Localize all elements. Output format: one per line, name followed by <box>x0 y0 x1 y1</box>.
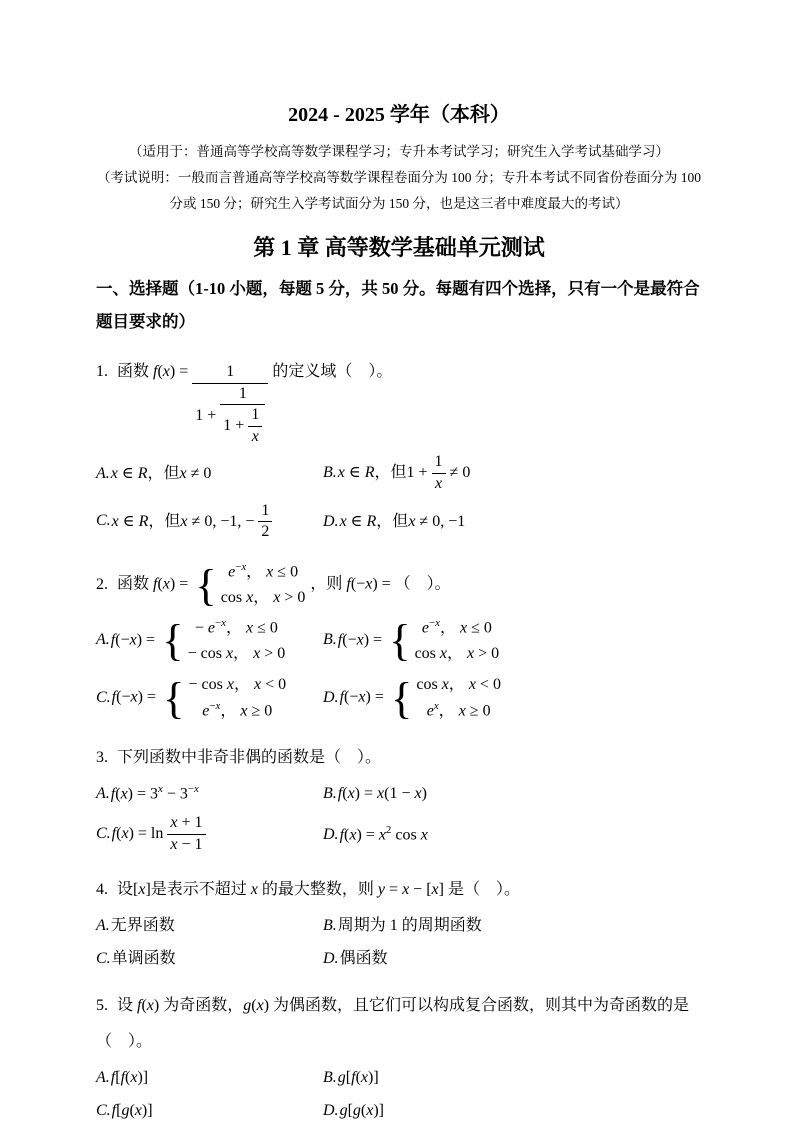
piecewise-cases: {e−x， x ≤ 0cos x， x > 0 <box>195 559 307 611</box>
text-run: ≠ 0, −1, − <box>188 512 259 529</box>
text-run: + 1 <box>177 814 202 831</box>
text-run: 1 <box>435 453 443 470</box>
option-label: B. <box>323 1069 337 1086</box>
math-variable: x <box>121 825 128 842</box>
text-run: ≠ 0 <box>187 465 212 482</box>
option-label: A. <box>96 917 110 934</box>
question-stem: 3.下列函数中非奇非偶的函数是（ ）。 <box>96 740 702 776</box>
option-label: C. <box>96 689 111 706</box>
math-variable: g <box>338 1069 346 1086</box>
fraction: x + 1x − 1 <box>167 813 205 856</box>
text-run: > 0 <box>280 589 305 606</box>
text-run: ) = <box>364 631 386 648</box>
applicability-note: （适用于：普通高等学校高等数学课程学习；专升本考试学习；研究生入学考试基础学习） <box>96 139 702 165</box>
text-run: ∈ <box>345 464 365 481</box>
fraction-numerator: 1 <box>192 362 268 383</box>
fraction-numerator: 1 <box>432 452 446 473</box>
option-label: C. <box>96 950 111 967</box>
text-run: (− <box>344 689 358 706</box>
fraction: 11 + 11 + 1x <box>192 362 268 448</box>
superscript: −x <box>188 783 199 795</box>
text-run: ， <box>449 676 469 693</box>
option-label: B. <box>323 631 337 648</box>
math-variable: x <box>121 785 128 802</box>
section-heading: 一、选择题（1-10 小题，每题 5 分，共 50 分。每题有四个选择，只有一个… <box>96 272 702 338</box>
option-label: D. <box>323 950 339 967</box>
math-variable: x <box>130 689 137 706</box>
text-run: cos <box>415 645 440 662</box>
math-variable: x <box>421 826 428 843</box>
text-run: ，但 <box>376 513 408 530</box>
options-grid: A.x ∈ R，但x ≠ 0B.x ∈ R，但1 + 1x ≠ 0C.x ∈ R… <box>96 452 702 543</box>
question: 2.函数 f(x) = {e−x， x ≤ 0cos x， x > 0，则 f(… <box>96 559 702 724</box>
cases-row: e−x， x ≤ 0 <box>413 615 502 641</box>
piecewise-cases: {cos x， x < 0ex， x ≥ 0 <box>391 672 503 724</box>
math-variable: y <box>378 881 385 898</box>
piecewise-cases: {− cos x， x < 0e−x， x ≥ 0 <box>163 672 288 724</box>
cases-rows: cos x， x < 0ex， x ≥ 0 <box>414 672 503 724</box>
fraction-denominator: x − 1 <box>167 834 205 856</box>
math-variable: R <box>365 464 375 481</box>
options-grid: A.无界函数B.周期为 1 的周期函数C.单调函数D.偶函数 <box>96 912 702 972</box>
math-variable: x <box>435 475 442 492</box>
options-grid: A.f[f(x)]B.g[f(x)]C.f[g(x)]D.g[g(x)] <box>96 1064 702 1124</box>
math-variable: x <box>251 881 258 898</box>
option: A.f(x) = 3x − 3−x <box>96 780 323 808</box>
text-run: ≤ 0 <box>467 619 492 636</box>
text-run: > 0 <box>474 645 499 662</box>
math-variable: x <box>163 363 170 380</box>
math-variable: x <box>112 512 119 529</box>
left-brace-glyph: { <box>195 566 217 604</box>
option: C.f[g(x)] <box>96 1097 323 1124</box>
superscript: −x <box>235 561 246 573</box>
cases-row: e−x， x ≤ 0 <box>219 559 308 585</box>
text-run: ∈ <box>347 513 367 530</box>
text-run: (− <box>116 689 130 706</box>
text-run: ≤ 0 <box>253 619 278 636</box>
cases-row: cos x， x > 0 <box>219 585 308 611</box>
text-run: )] <box>373 1102 384 1119</box>
math-variable: x <box>415 785 422 802</box>
cases-rows: e−x， x ≤ 0cos x， x > 0 <box>413 615 502 667</box>
math-variable: x <box>130 631 137 648</box>
fraction-denominator: 1 + 11 + 1x <box>192 383 268 448</box>
option: D.g[g(x)] <box>323 1097 384 1124</box>
option: A.无界函数 <box>96 912 323 939</box>
text-run: − [ <box>409 881 431 898</box>
left-brace-glyph: { <box>389 621 411 659</box>
text-run: − 3 <box>163 785 188 802</box>
fraction-denominator: x <box>248 426 262 448</box>
cases-row: e−x， x ≥ 0 <box>186 698 288 724</box>
superscript: −x <box>429 617 440 629</box>
text-run: 偶函数 <box>340 950 388 967</box>
text-run: > 0 <box>260 645 285 662</box>
text-run: ) = <box>170 576 192 593</box>
option-label: A. <box>96 465 110 482</box>
text-run: ) = <box>365 689 387 706</box>
question-stem: 1.函数 f(x) = 11 + 11 + 1x 的定义域（ ）。 <box>96 354 702 448</box>
question: 1.函数 f(x) = 11 + 11 + 1x 的定义域（ ）。A.x ∈ R… <box>96 354 702 543</box>
math-variable: R <box>138 465 148 482</box>
option: C.x ∈ R，但x ≠ 0, −1, − 12 <box>96 501 323 544</box>
math-variable: x <box>361 1069 368 1086</box>
math-variable: x <box>460 619 467 636</box>
option-label: C. <box>96 825 111 842</box>
option: A.x ∈ R，但x ≠ 0 <box>96 460 323 487</box>
text-run: ， <box>447 645 467 662</box>
math-variable: x <box>257 997 264 1014</box>
text-run: )] <box>142 1102 153 1119</box>
superscript: −x <box>209 700 220 712</box>
text-run: 单调函数 <box>112 950 176 967</box>
math-variable: R <box>139 512 149 529</box>
text-run: − cos <box>188 645 226 662</box>
options-grid: A.f(x) = 3x − 3−xB.f(x) = x(1 − x)C.f(x)… <box>96 780 702 856</box>
text-run: ≠ 0 <box>446 464 471 481</box>
text-run: (− <box>351 576 365 593</box>
text-run: 设[ <box>117 881 138 898</box>
text-run: 周期为 1 的周期函数 <box>338 917 482 934</box>
question-list: 1.函数 f(x) = 11 + 11 + 1x 的定义域（ ）。A.x ∈ R… <box>96 354 702 1125</box>
math-variable: x <box>432 881 439 898</box>
text-run: ∈ <box>118 465 138 482</box>
text-run: < 0 <box>476 676 501 693</box>
math-variable: e <box>208 619 215 636</box>
question-stem: 2.函数 f(x) = {e−x， x ≤ 0cos x， x > 0，则 f(… <box>96 559 702 611</box>
option: C.单调函数 <box>96 945 323 972</box>
cases-row: − cos x， x > 0 <box>186 641 288 667</box>
text-run: ， <box>233 645 253 662</box>
fraction-numerator: x + 1 <box>167 813 205 834</box>
text-run: 下列函数中非奇非偶的函数是（ ）。 <box>117 749 381 766</box>
fraction: 1x <box>248 405 262 448</box>
cases-row: ex， x ≥ 0 <box>414 698 503 724</box>
text-run: ) = <box>355 785 377 802</box>
question-stem: 5.设 f(x) 为奇函数，g(x) 为偶函数，且它们可以构成复合函数，则其中为… <box>96 988 702 1060</box>
text-run: ， <box>253 589 273 606</box>
option-label: D. <box>323 689 339 706</box>
text-run: 函数 <box>117 576 153 593</box>
math-variable: x <box>180 465 187 482</box>
math-variable: x <box>194 783 199 795</box>
option-label: C. <box>96 512 111 529</box>
fraction-denominator: 1 + 1x <box>220 404 265 448</box>
math-variable: x <box>459 702 466 719</box>
math-variable: x <box>135 1102 142 1119</box>
math-variable: x <box>163 576 170 593</box>
text-run: ] 是（ ）。 <box>439 881 520 898</box>
math-variable: x <box>227 676 234 693</box>
math-variable: R <box>367 513 377 530</box>
text-run: ) <box>422 785 427 802</box>
chapter-title: 第 1 章 高等数学基础单元测试 <box>96 231 702 262</box>
fraction: 12 <box>258 501 272 544</box>
question: 3.下列函数中非奇非偶的函数是（ ）。A.f(x) = 3x − 3−xB.f(… <box>96 740 702 856</box>
text-run: 1 <box>239 385 247 402</box>
fraction-denominator: x <box>432 473 446 495</box>
math-variable: x <box>147 997 154 1014</box>
math-variable: e <box>427 702 434 719</box>
math-variable: x <box>357 631 364 648</box>
document-page: 2024 - 2025 学年（本科） （适用于：普通高等学校高等数学课程学习；专… <box>0 0 800 1125</box>
question-number: 3. <box>96 749 108 766</box>
option: B.x ∈ R，但1 + 1x ≠ 0 <box>323 452 470 495</box>
text-run: − 1 <box>177 836 202 853</box>
option: D.偶函数 <box>323 945 482 972</box>
text-run: (− <box>115 631 129 648</box>
question: 5.设 f(x) 为奇函数，g(x) 为偶函数，且它们可以构成复合函数，则其中为… <box>96 988 702 1124</box>
cases-rows: − e−x， x ≤ 0− cos x， x > 0 <box>186 615 288 667</box>
fraction: 1x <box>432 452 446 495</box>
math-variable: e <box>422 619 429 636</box>
text-run: (− <box>342 631 356 648</box>
question-number: 1. <box>96 363 108 380</box>
text-run: ， <box>234 676 254 693</box>
exam-note: （考试说明：一般而言普通高等学校高等数学课程卷面分为 100 分；专升本考试不同… <box>96 165 702 217</box>
text-run: ) = ln <box>129 825 168 842</box>
option-label: B. <box>323 464 337 481</box>
cases-row: − cos x， x < 0 <box>186 672 288 698</box>
option-label: B. <box>323 785 337 802</box>
piecewise-cases: {e−x， x ≤ 0cos x， x > 0 <box>389 615 501 667</box>
text-run: 1 + <box>195 406 220 423</box>
option-label: D. <box>323 1102 339 1119</box>
text-run: 1 + <box>223 417 248 434</box>
text-run: cos <box>416 676 441 693</box>
superscript: −x <box>215 617 226 629</box>
text-run: 1 <box>251 406 259 423</box>
text-run: ≤ 0 <box>273 563 298 580</box>
option-label: B. <box>323 917 337 934</box>
text-run: ， <box>439 702 459 719</box>
text-run: ]是表示不超过 <box>145 881 250 898</box>
text-run: < 0 <box>261 676 286 693</box>
math-variable: x <box>340 513 347 530</box>
text-run: ) = （ ）。 <box>372 576 450 593</box>
option: D.f(−x) = {cos x， x < 0ex， x ≥ 0 <box>323 672 506 724</box>
text-run: ) = <box>356 826 378 843</box>
text-run: 函数 <box>117 363 153 380</box>
text-run: ≥ 0 <box>247 702 272 719</box>
option: B.g[f(x)] <box>323 1064 384 1091</box>
document-title: 2024 - 2025 学年（本科） <box>96 98 702 127</box>
math-variable: x <box>442 676 449 693</box>
question-number: 2. <box>96 576 108 593</box>
text-run: ∈ <box>119 512 139 529</box>
math-variable: x <box>379 826 386 843</box>
fraction-numerator: 1 <box>248 405 262 426</box>
fraction-denominator: 2 <box>258 521 272 543</box>
option-label: A. <box>96 1069 110 1086</box>
text-run: 的定义域（ ）。 <box>268 363 392 380</box>
cases-row: cos x， x < 0 <box>414 672 503 698</box>
text-run: 1 <box>226 363 234 380</box>
option: C.f(−x) = {− cos x， x < 0e−x， x ≥ 0 <box>96 672 323 724</box>
math-variable: x <box>226 645 233 662</box>
option-label: A. <box>96 785 110 802</box>
text-run: )] <box>137 1069 148 1086</box>
text-run: ) = <box>137 631 159 648</box>
option: D.x ∈ R，但x ≠ 0, −1 <box>323 508 470 535</box>
cases-rows: − cos x， x < 0e−x， x ≥ 0 <box>186 672 288 724</box>
math-variable: x <box>180 512 187 529</box>
option: A.f[f(x)] <box>96 1064 323 1091</box>
math-variable: x <box>348 785 355 802</box>
text-run: ，但 <box>148 465 180 482</box>
text-run: − <box>195 619 208 636</box>
text-run: 无界函数 <box>111 917 175 934</box>
question: 4.设[x]是表示不超过 x 的最大整数，则 y = x − [x] 是（ ）。… <box>96 872 702 972</box>
fraction: 11 + 1x <box>220 384 265 448</box>
math-variable: x <box>469 676 476 693</box>
text-run: − cos <box>188 676 226 693</box>
text-run: ) = <box>170 363 192 380</box>
option: C.f(x) = ln x + 1x − 1 <box>96 813 323 856</box>
cases-row: − e−x， x ≤ 0 <box>186 615 288 641</box>
text-run: ，但 <box>148 512 180 529</box>
text-run: (1 − <box>384 785 414 802</box>
fraction-numerator: 1 <box>258 501 272 522</box>
option: B.周期为 1 的周期函数 <box>323 912 482 939</box>
options-grid: A.f(−x) = {− e−x， x ≤ 0− cos x， x > 0B.f… <box>96 615 702 724</box>
piecewise-cases: {− e−x， x ≤ 0− cos x， x > 0 <box>162 615 287 667</box>
option-label: C. <box>96 1102 111 1119</box>
option: B.f(x) = x(1 − x) <box>323 780 428 807</box>
text-run: ， <box>246 563 266 580</box>
text-run: cos <box>221 589 246 606</box>
cases-rows: e−x， x ≤ 0cos x， x > 0 <box>219 559 308 611</box>
text-run: ，则 <box>310 576 346 593</box>
math-variable: g <box>353 1102 361 1119</box>
cases-row: cos x， x > 0 <box>413 641 502 667</box>
text-run: )] <box>368 1069 379 1086</box>
option-label: D. <box>323 513 339 530</box>
math-variable: x <box>254 676 261 693</box>
option: D.f(x) = x2 cos x <box>323 821 428 849</box>
question-number: 5. <box>96 997 108 1014</box>
text-run: ≠ 0, −1 <box>415 513 465 530</box>
option-label: A. <box>96 631 110 648</box>
text-run: ， <box>226 619 246 636</box>
math-variable: x <box>252 428 259 445</box>
text-run: 1 <box>261 502 269 519</box>
option-label: D. <box>323 826 339 843</box>
text-run: = <box>385 881 402 898</box>
math-variable: x <box>111 465 118 482</box>
text-run: ， <box>220 702 240 719</box>
math-variable: x <box>440 645 447 662</box>
math-variable: g <box>340 1102 348 1119</box>
fraction-numerator: 1 <box>220 384 265 405</box>
option: B.f(−x) = {e−x， x ≤ 0cos x， x > 0 <box>323 615 506 667</box>
text-run: 设 <box>117 997 137 1014</box>
text-run: ) 为奇函数， <box>154 997 243 1014</box>
left-brace-glyph: { <box>162 621 184 659</box>
text-run: 的最大整数，则 <box>258 881 378 898</box>
question-number: 4. <box>96 881 108 898</box>
text-run: ) = <box>138 689 160 706</box>
math-variable: x <box>338 464 345 481</box>
text-run: ≥ 0 <box>466 702 491 719</box>
question-stem: 4.设[x]是表示不超过 x 的最大整数，则 y = x − [x] 是（ ）。 <box>96 872 702 908</box>
text-run: ) = 3 <box>128 785 158 802</box>
option: A.f(−x) = {− e−x， x ≤ 0− cos x， x > 0 <box>96 615 323 667</box>
text-run: ， <box>440 619 460 636</box>
text-run: cos <box>391 826 420 843</box>
left-brace-glyph: { <box>163 679 185 717</box>
text-run: 2 <box>261 523 269 540</box>
text-run: ，但1 + <box>375 464 432 481</box>
left-brace-glyph: { <box>391 679 413 717</box>
